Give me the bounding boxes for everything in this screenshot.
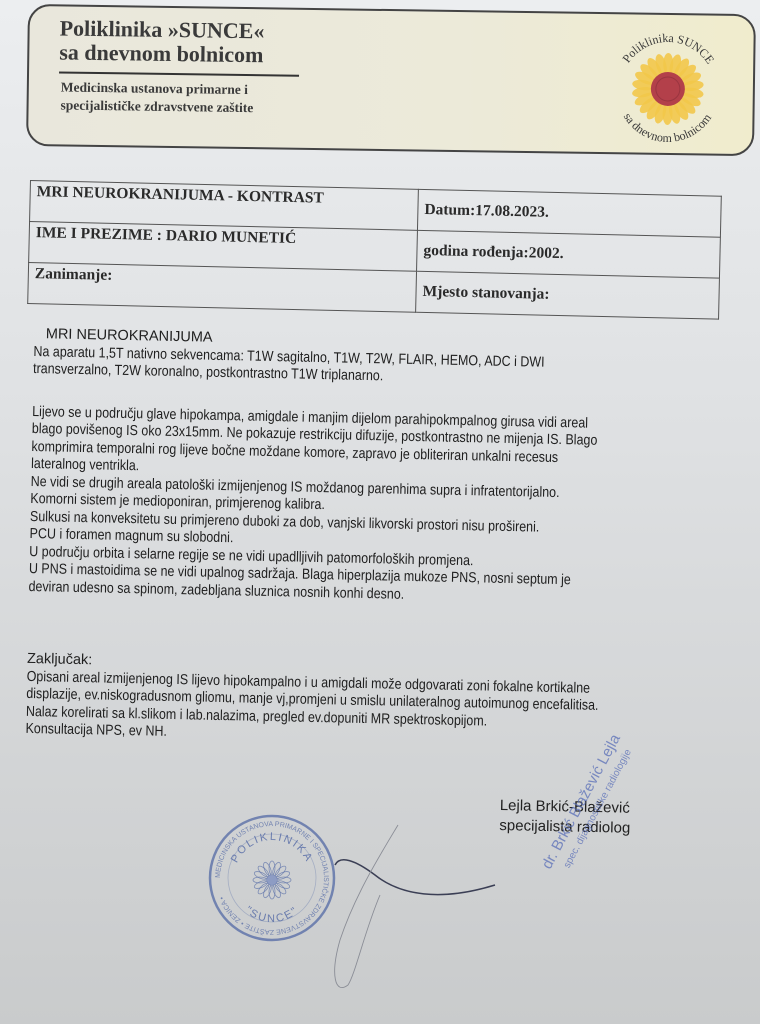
clinic-subtitle: Medicinska ustanova primarne i specijali…	[60, 78, 253, 117]
patient-info-table: MRI NEUROKRANIJUMA - KONTRAST Datum:17.0…	[27, 180, 722, 320]
residence: Mjesto stanovanja:	[416, 271, 720, 319]
clinic-name: Poliklinika »SUNCE« sa dnevnom bolnicom	[59, 16, 264, 67]
svg-text:"SUNCE": "SUNCE"	[243, 904, 302, 925]
letterhead-divider	[59, 71, 299, 76]
birth-year: godina rođenja:2002.	[417, 230, 721, 278]
clinic-name-line2: sa dnevnom bolnicom	[59, 40, 264, 67]
clinic-round-stamp-icon: MEDICINSKA USTANOVA PRIMARNE I SPECIJALI…	[206, 812, 338, 944]
report-body: MRI NEUROKRANIJUMA Na aparatu 1,5T nativ…	[25, 326, 733, 753]
letterhead: Poliklinika »SUNCE« sa dnevnom bolnicom …	[26, 4, 756, 156]
exam-date: Datum:17.08.2023.	[417, 189, 721, 237]
handwritten-signature	[320, 810, 520, 1000]
doctor-stamp-icon: dr. Brkić Blažević Lejla spec. dijagnost…	[520, 730, 710, 890]
report-page: Poliklinika »SUNCE« sa dnevnom bolnicom …	[0, 0, 760, 1024]
findings-section: Lijevo se u području glave hipokampa, am…	[28, 403, 732, 610]
clinic-subtitle-line2: specijalističke zdravstvene zaštite	[60, 96, 253, 117]
occupation: Zanimanje:	[28, 262, 417, 312]
sunflower-logo-icon: Poliklinika SUNCE sa dnevnom bolnicom	[602, 24, 734, 148]
